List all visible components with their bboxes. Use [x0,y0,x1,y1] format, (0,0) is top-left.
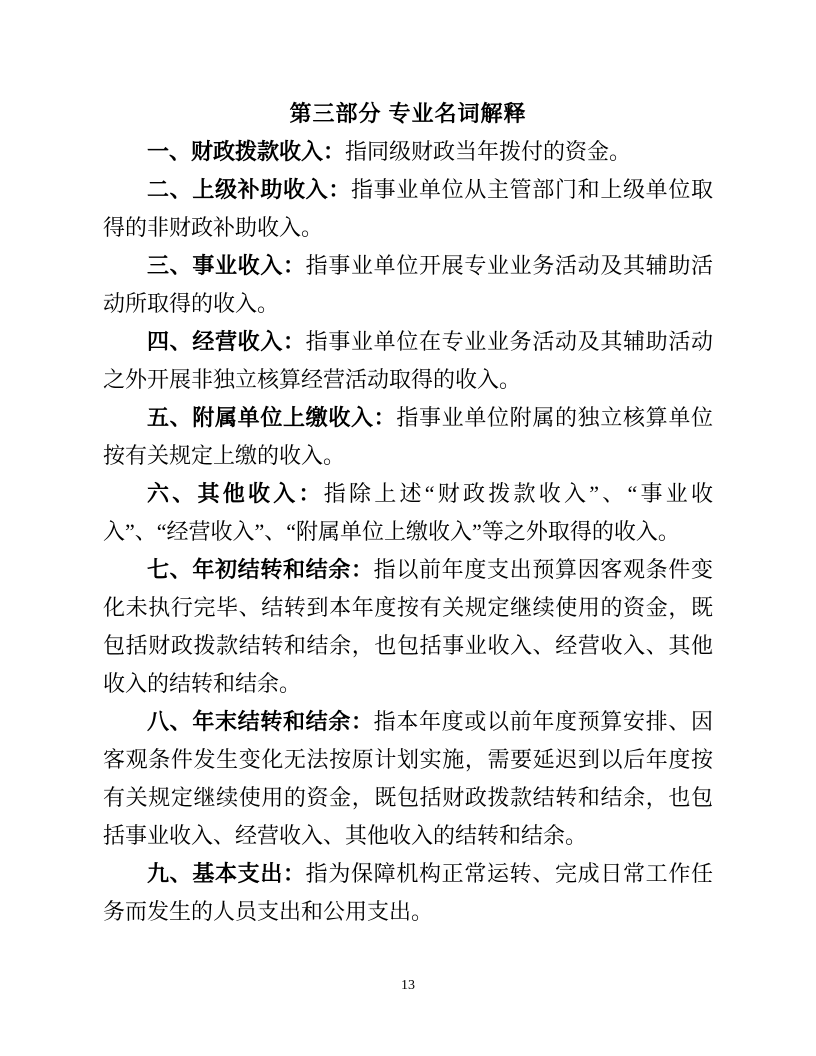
term-paragraph: 九、基本支出：指为保障机构正常运转、完成日常工作任务而发生的人员支出和公用支出。 [103,855,713,931]
term-label: 七、年初结转和结余： [147,557,374,582]
document-page: 第三部分 专业名词解释 一、财政拨款收入：指同级财政当年拨付的资金。二、上级补助… [0,0,816,1056]
terms-list: 一、财政拨款收入：指同级财政当年拨付的资金。二、上级补助收入：指事业单位从主管部… [103,133,713,931]
term-label: 一、财政拨款收入： [147,139,345,164]
term-label: 八、年末结转和结余： [147,709,374,734]
term-paragraph: 三、事业收入：指事业单位开展专业业务活动及其辅助活动所取得的收入。 [103,247,713,323]
term-definition: 指同级财政当年拨付的资金。 [345,139,631,164]
term-label: 九、基本支出： [147,861,306,886]
term-paragraph: 五、附属单位上缴收入：指事业单位附属的独立核算单位按有关规定上缴的收入。 [103,399,713,475]
term-paragraph: 七、年初结转和结余：指以前年度支出预算因客观条件变化未执行完毕、结转到本年度按有… [103,551,713,703]
term-label: 四、经营收入： [147,329,306,354]
page-number: 13 [0,976,816,996]
term-paragraph: 四、经营收入：指事业单位在专业业务活动及其辅助活动之外开展非独立核算经营活动取得… [103,323,713,399]
term-paragraph: 二、上级补助收入：指事业单位从主管部门和上级单位取得的非财政补助收入。 [103,171,713,247]
term-label: 三、事业收入： [147,253,306,278]
term-paragraph: 一、财政拨款收入：指同级财政当年拨付的资金。 [103,133,713,171]
term-label: 五、附属单位上缴收入： [147,405,396,430]
term-label: 六、其他收入： [147,481,324,506]
term-paragraph: 六、其他收入：指除上述“财政拨款收入”、“事业收入”、“经营收入”、“附属单位上… [103,475,713,551]
term-label: 二、上级补助收入： [147,177,351,202]
term-paragraph: 八、年末结转和结余：指本年度或以前年度预算安排、因客观条件发生变化无法按原计划实… [103,703,713,855]
document-body: 第三部分 专业名词解释 一、财政拨款收入：指同级财政当年拨付的资金。二、上级补助… [103,95,713,931]
document-title: 第三部分 专业名词解释 [103,95,713,133]
